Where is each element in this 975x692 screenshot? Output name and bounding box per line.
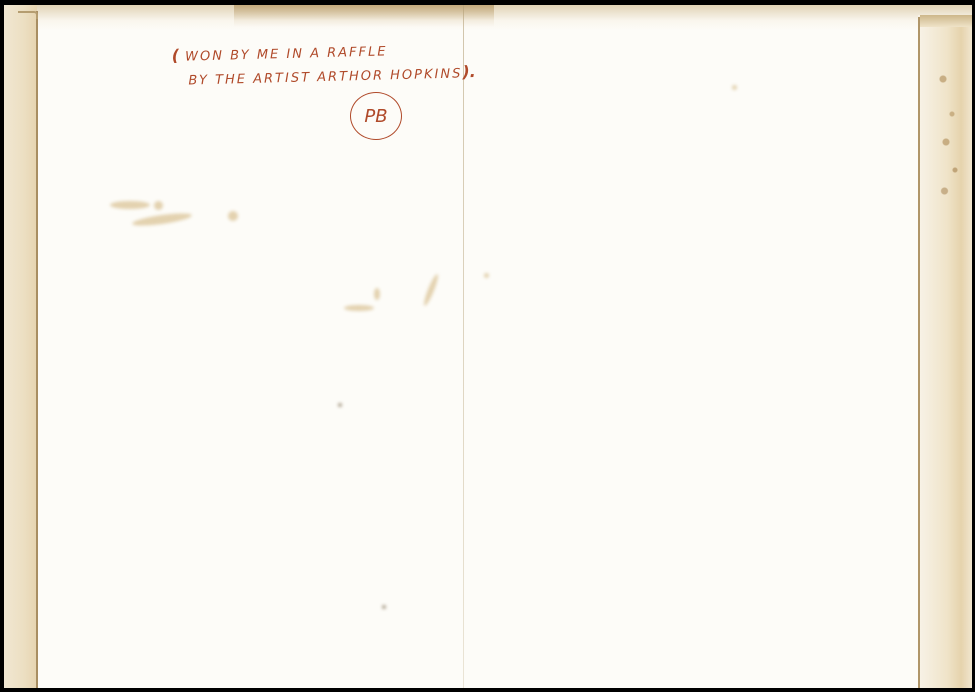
stain-center-dot [374, 288, 380, 300]
stain-left-smear [110, 201, 150, 209]
document-sheet: ( WON BY ME IN A RAFFLE BY THE ARTIST AR… [4, 5, 972, 688]
center-fold-line [463, 5, 464, 688]
inscription-open-bracket: ( [171, 46, 179, 65]
top-edge-foxing-dense [234, 5, 494, 27]
stain-dot [154, 201, 163, 210]
left-mount-strip [4, 5, 37, 688]
stain-center-smear [344, 305, 374, 311]
right-strip-edge [918, 17, 920, 688]
stain-left-smear [132, 211, 193, 228]
stain-speck [338, 403, 342, 407]
stain-speck [484, 273, 489, 278]
stain-center-streak [422, 273, 440, 307]
stain-speck [382, 605, 386, 609]
inscription-close-bracket: ). [462, 62, 476, 81]
stain-speck [732, 85, 737, 90]
right-strip-foxing [934, 65, 964, 205]
inscription-line-2-text: BY THE ARTIST ARTHOR HOPKINS [188, 66, 462, 88]
stain-dot [228, 211, 238, 221]
circled-initials: PB [350, 92, 402, 140]
left-strip-edge [36, 11, 38, 688]
inscription-line-1-text: WON BY ME IN A RAFFLE [185, 44, 388, 64]
left-strip-corner [18, 11, 38, 19]
handwritten-inscription: ( WON BY ME IN A RAFFLE BY THE ARTIST AR… [171, 37, 476, 93]
right-strip-top-fold [920, 15, 972, 27]
